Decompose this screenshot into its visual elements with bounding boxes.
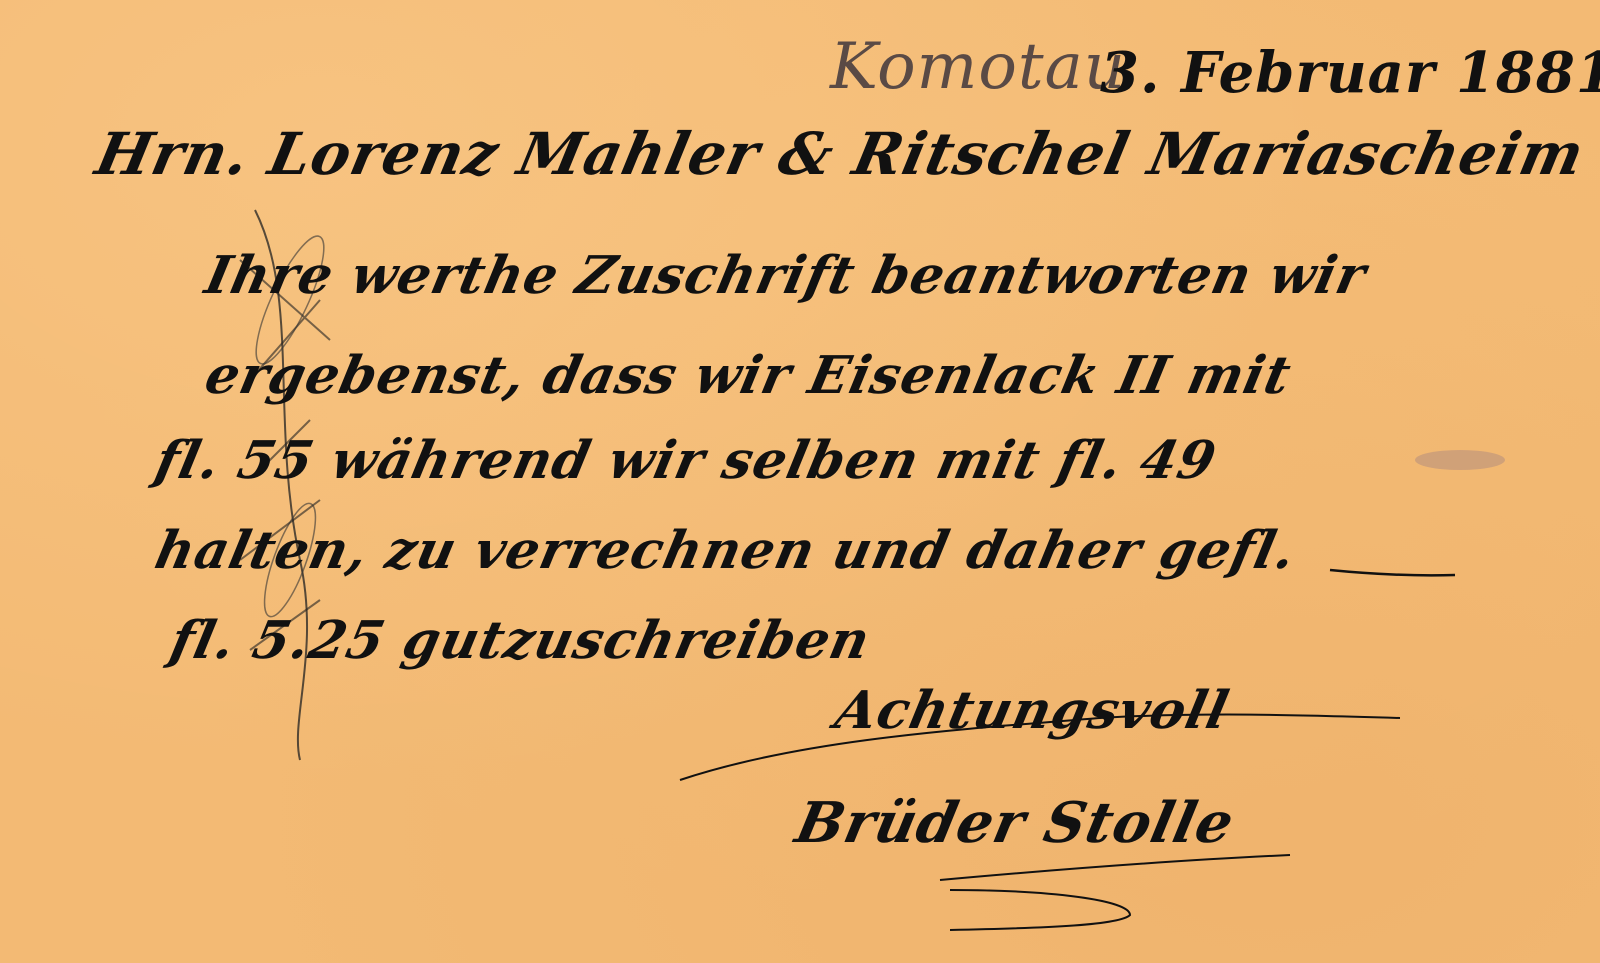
place-name: Komotau: [830, 30, 1126, 104]
body-line-5: fl. 5.25 gutzuschreiben: [165, 610, 876, 671]
salutation: Hrn. Lorenz Mahler & Ritschel Mariaschei…: [90, 120, 1590, 188]
signature: Brüder Stolle: [790, 790, 1240, 856]
body-line-1: Ihre werthe Zuschrift beantworten wir: [200, 245, 1372, 306]
body-line-4: halten, zu verrechnen und daher gefl.: [150, 520, 1301, 581]
closing: Achtungsvoll: [830, 680, 1234, 741]
body-line-2: ergebenst, dass wir Eisenlack II mit: [200, 345, 1297, 406]
body-line-3: fl. 55 während wir selben mit fl. 49: [150, 430, 1222, 491]
date: 3. Februar 1881: [1100, 40, 1600, 106]
